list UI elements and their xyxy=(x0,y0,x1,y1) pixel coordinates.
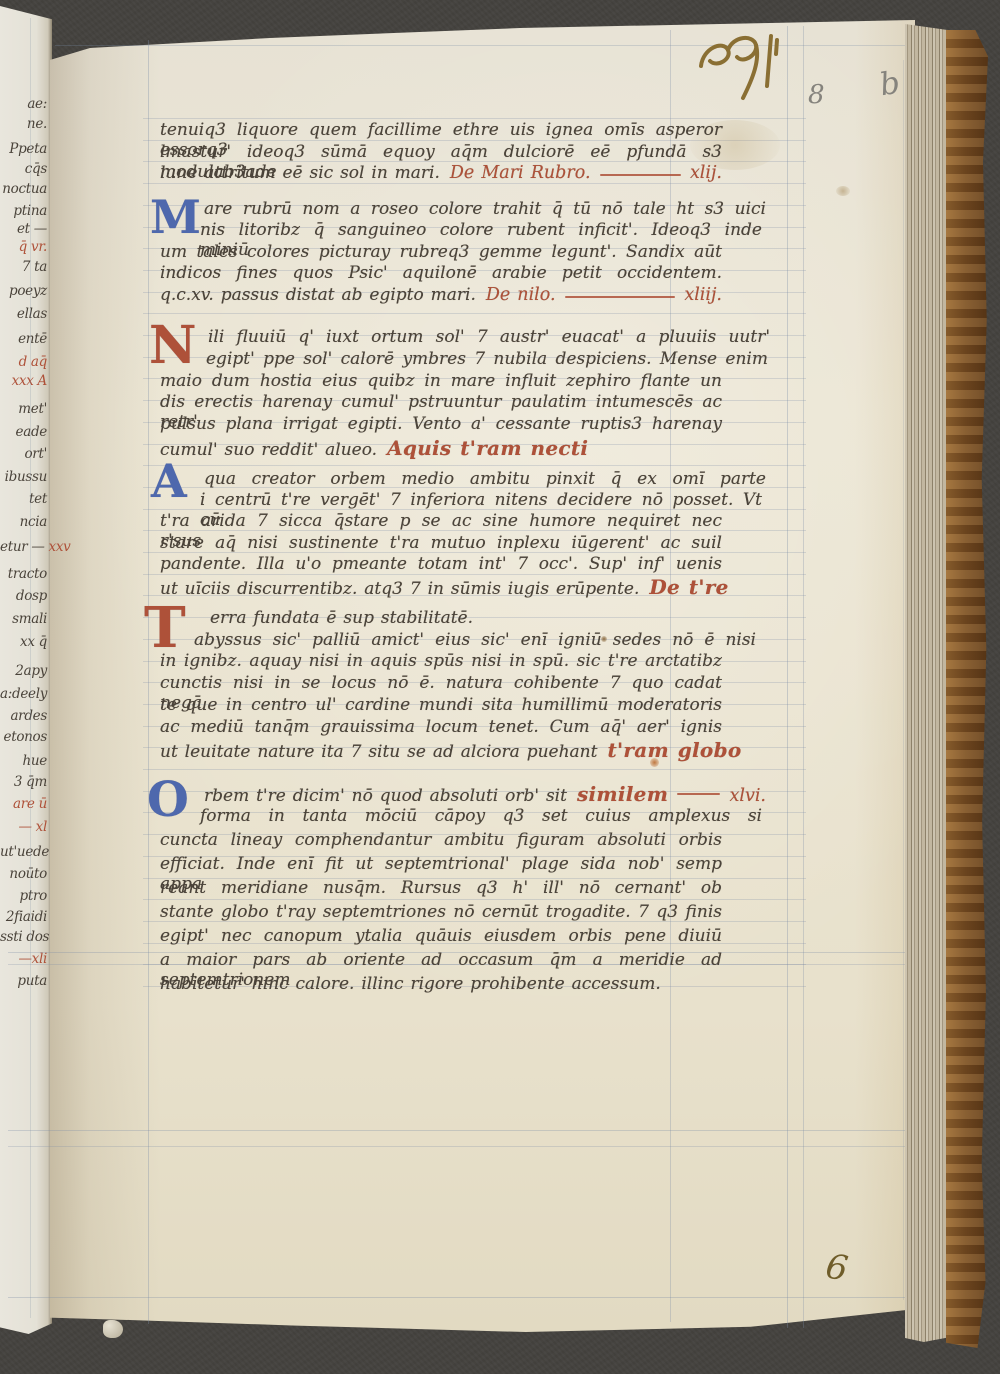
margin-fragment: ssti dos xyxy=(0,929,47,945)
margin-fragment: eade xyxy=(0,424,47,440)
binding-leather-edge xyxy=(946,30,988,1348)
margin-fragment: hue xyxy=(0,753,47,769)
text-line: efficiat. Inde enī fit ut septemtrional'… xyxy=(160,854,722,877)
line-text: ac mediū tanq̄m grauissima locum tenet. … xyxy=(160,717,722,737)
margin-fragment: cq̄s xyxy=(0,161,47,177)
text-line: ut uīciis discurrentibz. atq3 7 in sūmis… xyxy=(160,575,722,598)
margin-fragment: ibussu xyxy=(0,469,47,485)
text-line: rbem t're dicim' nō quod absoluti orb' s… xyxy=(160,782,766,805)
text-line: erra fundata ē sup stabilitatē. xyxy=(160,608,772,631)
chapter-number: xliij. xyxy=(684,285,722,305)
line-text: qua creator orbem medio ambitu pinxit q̄… xyxy=(204,469,766,489)
line-text: erra fundata ē sup stabilitatē. xyxy=(210,608,473,628)
page-block-fore-edge xyxy=(905,24,952,1342)
line-text: cumul' suo reddit' alueo. xyxy=(160,440,377,460)
rubric-text: De nilo. xyxy=(486,285,556,305)
line-text: egipt' nec canopum ytalia quāuis eiusdem… xyxy=(160,926,722,946)
margin-fragment: puta xyxy=(0,973,47,989)
line-text: rbem t're dicim' nō quod absoluti orb' s… xyxy=(204,786,567,806)
text-line: are rubrū nom a roseo colore trahit q̄ t… xyxy=(160,199,766,222)
line-text: egipt' ppe sol' calorē ymbres 7 nubila d… xyxy=(206,349,768,369)
margin-fragment: d aq̄ xyxy=(0,354,47,370)
text-line: q.c.xv. passus distat ab egipto mari.De … xyxy=(160,285,722,308)
line-text: cuncta lineay comphendantur ambitu figur… xyxy=(160,830,722,850)
ruled-line-horizontal xyxy=(8,1130,934,1131)
margin-fragment: etonos xyxy=(0,729,47,745)
ruled-line-horizontal xyxy=(143,465,806,466)
rubric-text: similem xyxy=(577,782,668,806)
text-line: maio dum hostia eius quibz in mare influ… xyxy=(160,371,722,394)
ruled-line-horizontal xyxy=(143,118,806,119)
line-text: maio dum hostia eius quibz in mare influ… xyxy=(160,371,722,391)
margin-fragment: ptro xyxy=(0,888,47,904)
margin-fragment: 2fiaidi xyxy=(0,909,47,925)
line-text: um tales colores picturay rubreq3 gemme … xyxy=(160,242,722,262)
margin-fragment: ae: xyxy=(0,96,47,112)
line-text: habitetur' hinc calore. illinc rigore pr… xyxy=(160,974,661,994)
line-text: ut uīciis discurrentibz. atq3 7 in sūmis… xyxy=(160,579,639,599)
text-line: cunctis nisi in se locus nō ē. natura co… xyxy=(160,673,722,696)
margin-fragment: tet xyxy=(0,491,47,507)
margin-fragment: noūto xyxy=(0,866,47,882)
margin-fragment: ellas xyxy=(0,306,47,322)
margin-fragment: a:deely xyxy=(0,686,47,702)
margin-fragment: poeyz xyxy=(0,283,47,299)
line-text: te que in centro ul' cardine mundi sita … xyxy=(160,695,722,715)
parchment-curl xyxy=(103,1320,123,1338)
line-text: ili fluuiū q' iuxt ortum sol' 7 austr' e… xyxy=(208,327,770,347)
margin-fragment: ut'uede xyxy=(0,844,47,860)
age-spot xyxy=(836,186,850,196)
text-line: lmastur' ideoq3 sūmā equoy aq̄m dulciorē… xyxy=(160,142,722,165)
margin-fragment: ptina xyxy=(0,203,47,219)
ink-flourish-icon xyxy=(693,28,793,106)
line-text: in ignibz. aquay nisi in aquis spūs nisi… xyxy=(160,651,722,671)
text-line: habitetur' hinc calore. illinc rigore pr… xyxy=(160,974,722,997)
text-line: nis litoribz q̄ sanguineo colore rubent … xyxy=(160,220,762,243)
margin-fragment: ort' xyxy=(0,446,47,462)
margin-fragment: etur — xxv xyxy=(0,539,47,555)
line-text: ut leuitate nature ita 7 situ se ad alci… xyxy=(160,742,597,762)
text-line: t'ra arida 7 sicca q̄stare p se ac sine … xyxy=(160,511,722,534)
margin-fragment: Ppeta xyxy=(0,141,47,157)
line-text: q.c.xv. passus distat ab egipto mari. xyxy=(160,285,476,305)
manuscript-photo: { "marks": { "flourish_reading": "co7", … xyxy=(0,0,1000,1374)
rubric-dash xyxy=(565,296,676,298)
margin-fragment: q̄ vr. xyxy=(0,239,47,255)
rubric-dash xyxy=(600,174,681,176)
text-line: tenuiq3 liquore quem facillime ethre uis… xyxy=(160,120,722,143)
margin-fragment: 7 ta xyxy=(0,259,47,275)
margin-fragment: 2apy xyxy=(0,663,47,679)
text-line: lune attritum eē sic sol in mari.De Mari… xyxy=(160,163,722,186)
rubric-dash xyxy=(677,793,720,795)
ruled-line-horizontal xyxy=(8,1146,934,1147)
text-line: cuncta lineay comphendantur ambitu figur… xyxy=(160,830,722,853)
margin-fragment: ncia xyxy=(0,514,47,530)
ruled-line-vertical xyxy=(148,40,149,1324)
margin-fragment: noctua xyxy=(0,181,47,197)
margin-fragment: smali xyxy=(0,611,47,627)
text-line: dis erectis harenay cumul' pstruuntur pa… xyxy=(160,392,722,415)
text-line: indicos fines quos Psic' aquilonē arabie… xyxy=(160,263,722,286)
ruled-line-vertical xyxy=(803,26,804,1328)
ruled-line-vertical xyxy=(903,60,904,1300)
ruled-line-horizontal xyxy=(55,45,933,46)
line-text: reant meridiane nusq̄m. Rursus q3 h' ill… xyxy=(160,878,722,898)
text-line: pulsus plana irrigat egipti. Vento a' ce… xyxy=(160,414,722,437)
rubric-text: De Mari Rubro. xyxy=(450,163,591,183)
text-line: ac mediū tanq̄m grauissima locum tenet. … xyxy=(160,717,722,740)
chapter-number: xlij. xyxy=(690,163,722,183)
rubric-text: De t're xyxy=(649,575,728,599)
ruled-line-horizontal xyxy=(143,769,806,770)
text-line: stante globo t'ray septemtriones nō cern… xyxy=(160,902,722,925)
text-line: cumul' suo reddit' alueo.Aquis t'ram nec… xyxy=(160,436,722,459)
margin-fragment: met' xyxy=(0,401,47,417)
margin-fragment: ne. xyxy=(0,116,47,132)
text-line: forma in tanta mōciū cāpoy q3 set cuius … xyxy=(160,806,762,829)
line-text: stare aq̄ nisi sustinente t'ra mutuo inp… xyxy=(160,533,722,553)
text-line: in ignibz. aquay nisi in aquis spūs nisi… xyxy=(160,651,722,674)
margin-fragment: et — xyxy=(0,221,47,237)
text-line: ut leuitate nature ita 7 situ se ad alci… xyxy=(160,738,722,761)
ruled-line-horizontal xyxy=(143,313,806,314)
text-line: i centrū t're vergēt' 7 inferiora nitens… xyxy=(160,490,762,513)
line-text: abyssus sic' palliū amict' eius sic' enī… xyxy=(194,630,756,650)
line-text: pandente. Illa u'o pmeante totam int' 7 … xyxy=(160,554,722,574)
text-line: stare aq̄ nisi sustinente t'ra mutuo inp… xyxy=(160,533,722,556)
margin-fragment: are ū xyxy=(0,796,47,812)
text-line: qua creator orbem medio ambitu pinxit q̄… xyxy=(160,469,766,492)
margin-fragment: tracto xyxy=(0,566,47,582)
margin-fragment: xxx A xyxy=(0,373,47,389)
line-text: pulsus plana irrigat egipti. Vento a' ce… xyxy=(160,414,722,434)
line-text: are rubrū nom a roseo colore trahit q̄ t… xyxy=(204,199,766,219)
ruled-line-horizontal xyxy=(8,1297,934,1298)
margin-fragment: dosp xyxy=(0,588,47,604)
text-line: abyssus sic' palliū amict' eius sic' enī… xyxy=(160,630,756,653)
ruled-line-vertical xyxy=(787,26,788,1328)
text-line: reant meridiane nusq̄m. Rursus q3 h' ill… xyxy=(160,878,722,901)
rubric-text: Aquis t'ram necti xyxy=(387,436,588,460)
line-text: indicos fines quos Psic' aquilonē arabie… xyxy=(160,263,722,283)
ruled-line-vertical xyxy=(30,18,31,1318)
text-line: ili fluuiū q' iuxt ortum sol' 7 austr' e… xyxy=(160,327,770,350)
margin-fragment: entē xyxy=(0,331,47,347)
pencil-folio-number: 8 xyxy=(808,80,825,110)
line-text: stante globo t'ray septemtriones nō cern… xyxy=(160,902,722,922)
text-line: pandente. Illa u'o pmeante totam int' 7 … xyxy=(160,554,722,577)
text-line: te que in centro ul' cardine mundi sita … xyxy=(160,695,722,718)
text-line: a maior pars ab oriente ad occasum q̄m a… xyxy=(160,950,722,973)
text-line: um tales colores picturay rubreq3 gemme … xyxy=(160,242,722,265)
line-text: forma in tanta mōciū cāpoy q3 set cuius … xyxy=(200,806,762,826)
margin-fragment: ardes xyxy=(0,708,47,724)
chapter-number: xlvi. xyxy=(729,786,766,806)
rubric-text: t'ram globo xyxy=(607,738,741,762)
line-text: lune attritum eē sic sol in mari. xyxy=(160,163,440,183)
margin-fragment: xx q̄ xyxy=(0,634,47,650)
text-line: egipt' nec canopum ytalia quāuis eiusdem… xyxy=(160,926,722,949)
margin-fragment: 3 q̄m xyxy=(0,774,47,790)
margin-fragment: — xl xyxy=(0,819,47,835)
text-line: egipt' ppe sol' calorē ymbres 7 nubila d… xyxy=(160,349,768,372)
